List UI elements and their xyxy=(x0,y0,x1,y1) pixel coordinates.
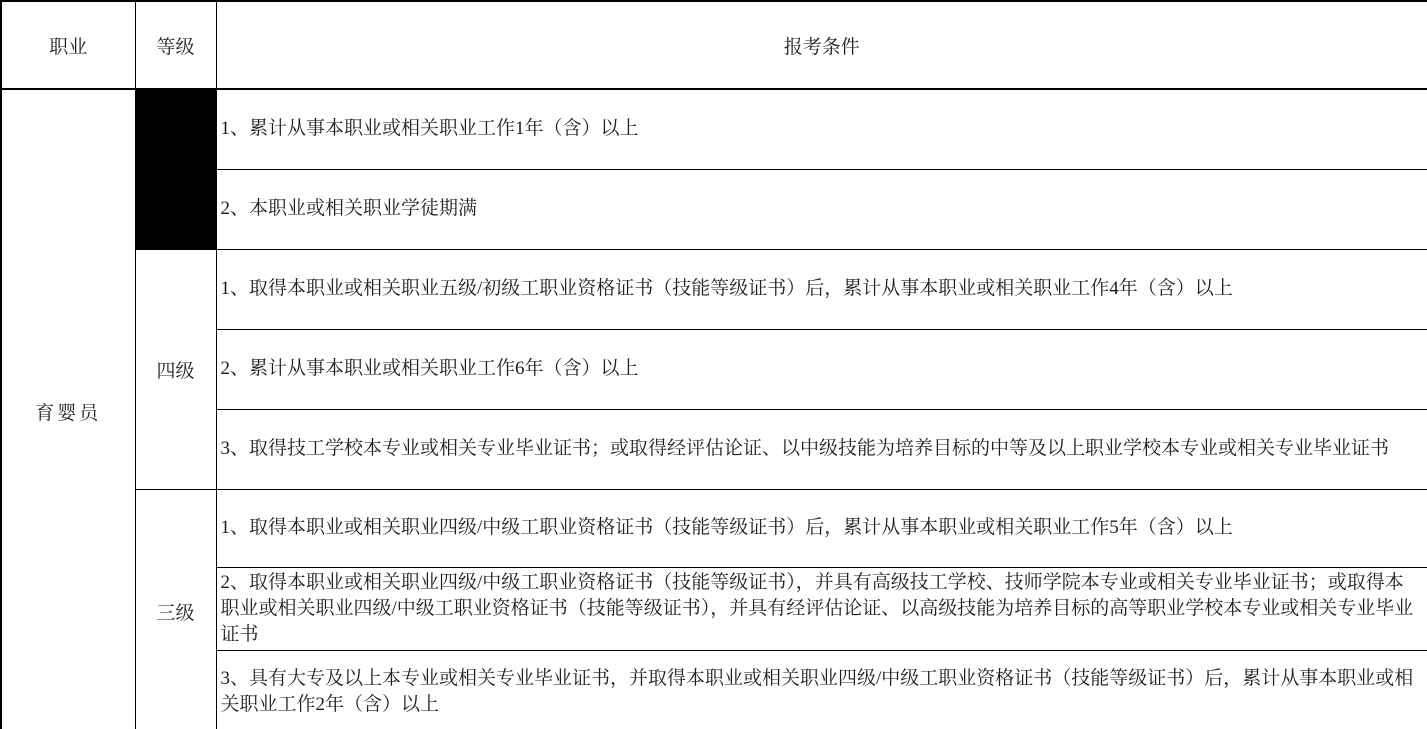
table-row: 育婴员 1、累计从事本职业或相关职业工作1年（含）以上 xyxy=(1,89,1427,169)
table-row: 四级 1、取得本职业或相关职业五级/初级工职业资格证书（技能等级证书）后，累计从… xyxy=(1,249,1427,329)
condition-cell: 2、取得本职业或相关职业四级/中级工职业资格证书（技能等级证书），并具有高级技工… xyxy=(216,567,1427,650)
table-header-row: 职业 等级 报考条件 xyxy=(1,1,1427,89)
condition-cell: 1、取得本职业或相关职业五级/初级工职业资格证书（技能等级证书）后，累计从事本职… xyxy=(216,249,1427,329)
level-cell-4: 四级 xyxy=(135,249,216,489)
redacted-level-cell xyxy=(135,89,216,249)
condition-cell: 3、具有大专及以上本专业或相关专业毕业证书，并取得本职业或相关职业四级/中级工职… xyxy=(216,650,1427,729)
header-conditions: 报考条件 xyxy=(216,1,1427,89)
header-level: 等级 xyxy=(135,1,216,89)
qualification-table: 职业 等级 报考条件 育婴员 1、累计从事本职业或相关职业工作1年（含）以上 2… xyxy=(0,0,1427,729)
condition-cell: 3、取得技工学校本专业或相关专业毕业证书；或取得经评估论证、以中级技能为培养目标… xyxy=(216,409,1427,489)
occupation-cell: 育婴员 xyxy=(1,89,135,729)
level-cell-3: 三级 xyxy=(135,489,216,729)
table-row: 三级 1、取得本职业或相关职业四级/中级工职业资格证书（技能等级证书）后，累计从… xyxy=(1,489,1427,567)
condition-cell: 1、累计从事本职业或相关职业工作1年（含）以上 xyxy=(216,89,1427,169)
condition-cell: 2、本职业或相关职业学徒期满 xyxy=(216,169,1427,249)
condition-cell: 1、取得本职业或相关职业四级/中级工职业资格证书（技能等级证书）后，累计从事本职… xyxy=(216,489,1427,567)
header-occupation: 职业 xyxy=(1,1,135,89)
condition-cell: 2、累计从事本职业或相关职业工作6年（含）以上 xyxy=(216,329,1427,409)
